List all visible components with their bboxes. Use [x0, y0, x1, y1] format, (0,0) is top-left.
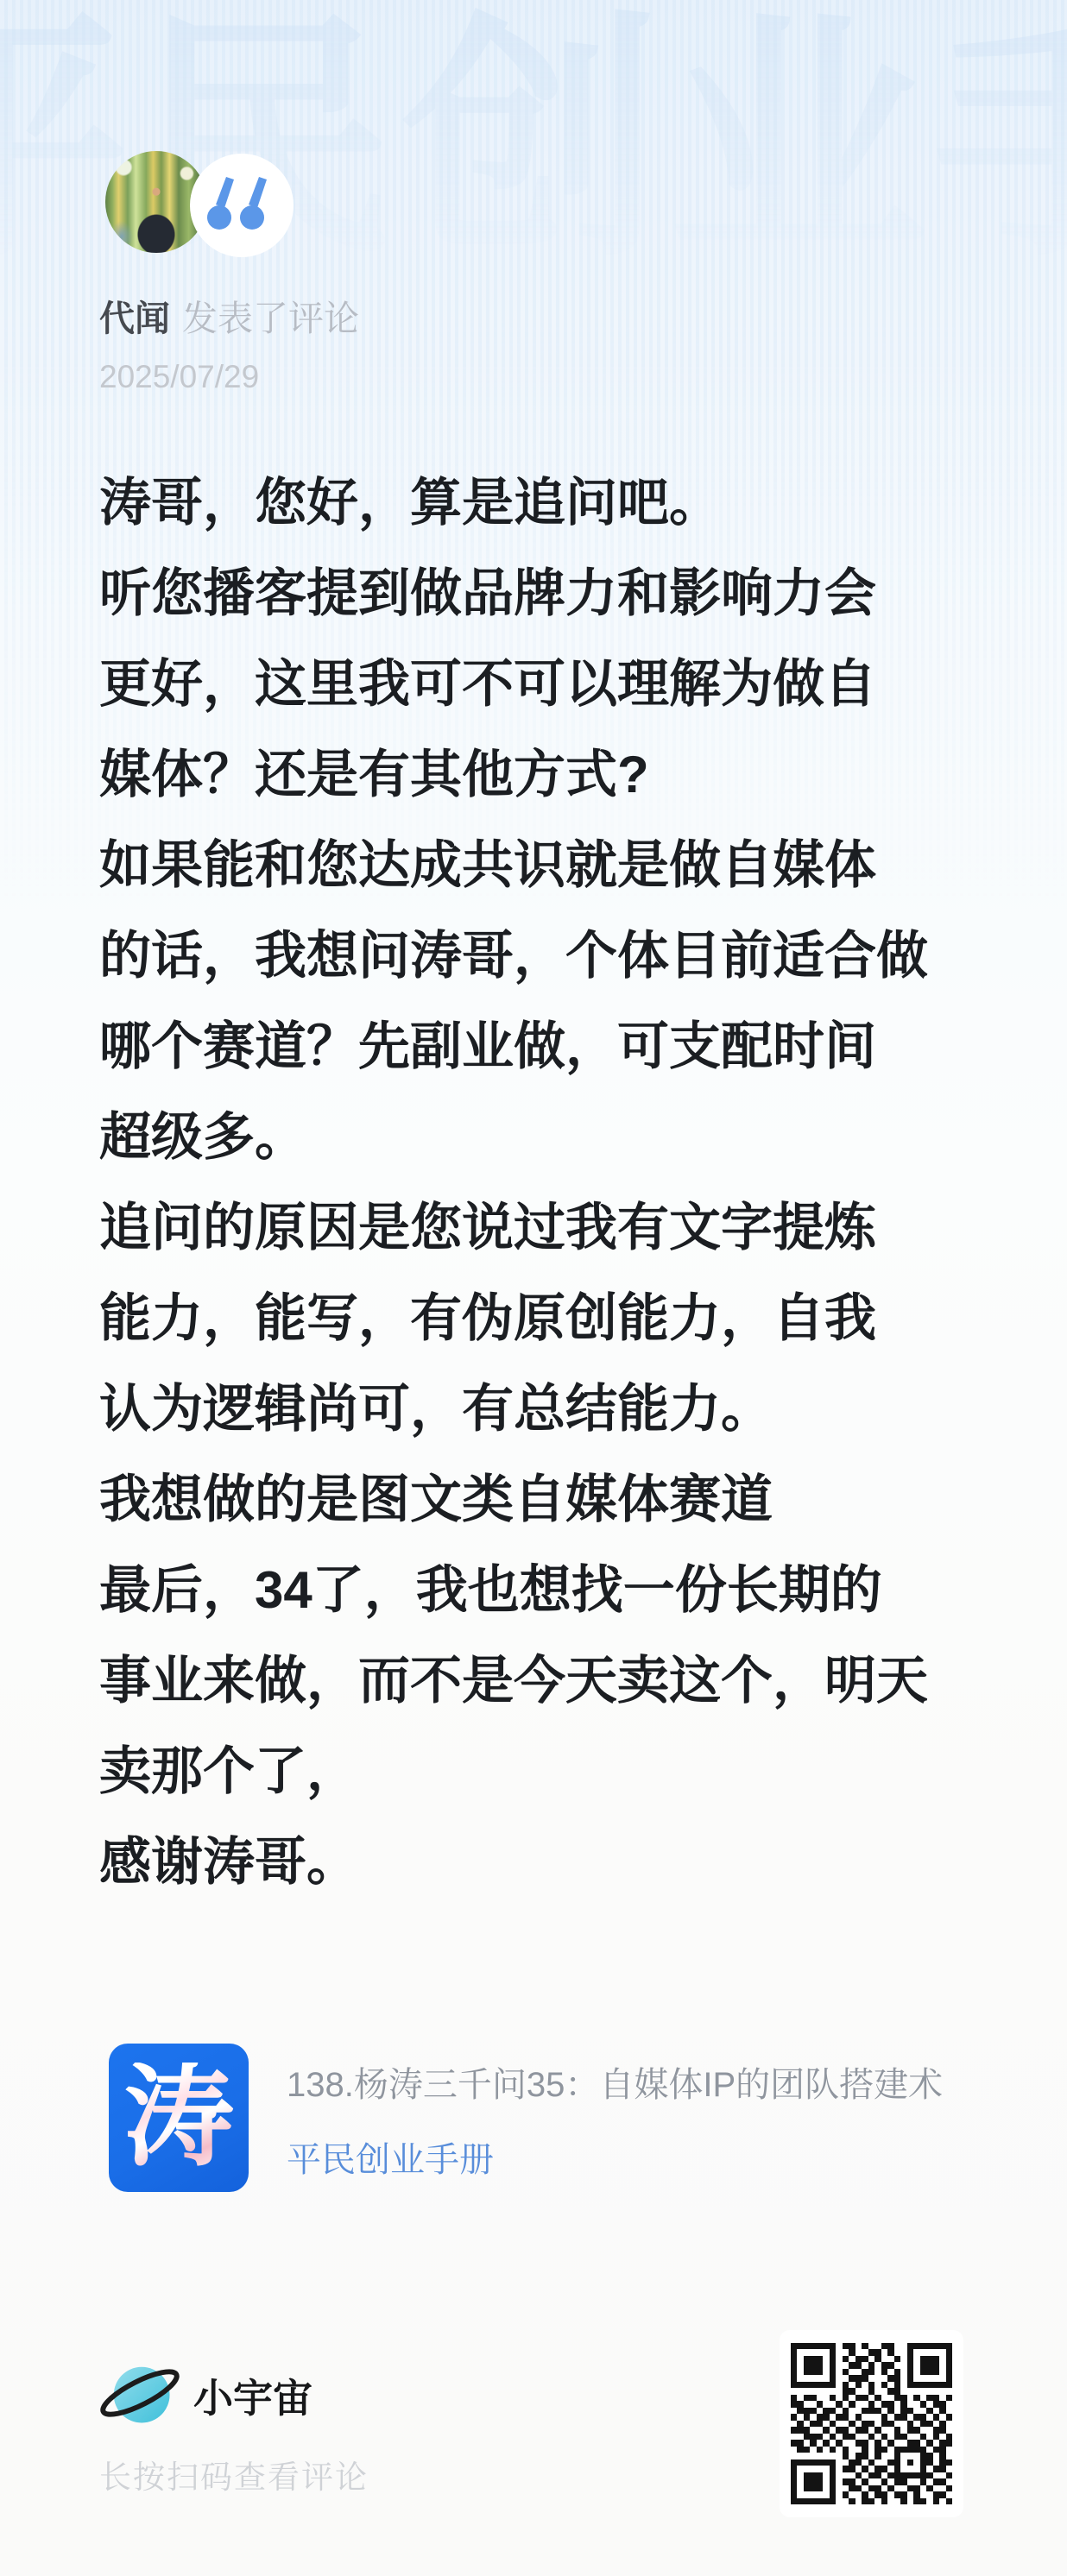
comment-share-card: 平民创业手 代闻发表了评论 2025/07/29 涛哥，您好，算是追问吧。听您播…	[0, 0, 1067, 2576]
podcast-name-link: 平民创业手册	[287, 2132, 943, 2182]
author-name: 代闻	[99, 299, 170, 338]
comment-line: 感谢涛哥。	[99, 1817, 988, 1907]
comment-line: 如果能和您达成共识就是做自媒体	[99, 820, 988, 910]
author-action: 发表了评论	[182, 299, 359, 338]
comment-line: 超级多。	[99, 1092, 988, 1182]
comment-line: 哪个赛道？先副业做，可支配时间	[99, 1001, 988, 1092]
comment-text: 涛哥，您好，算是追问吧。听您播客提到做品牌力和影响力会更好，这里我可不可以理解为…	[99, 457, 988, 1907]
comment-line: 更好，这里我可不可以理解为做自	[99, 639, 988, 729]
comment-line: 听您播客提到做品牌力和影响力会	[99, 548, 988, 639]
episode-cover-glyph: 涛	[123, 2063, 234, 2173]
author-row: 代闻发表了评论	[99, 290, 359, 341]
episode-meta: 138.杨涛三千问35：自媒体IP的团队搭建术 平民创业手册	[287, 2044, 943, 2192]
episode-card[interactable]: 涛 138.杨涛三千问35：自媒体IP的团队搭建术 平民创业手册	[109, 2044, 972, 2192]
comment-line: 能力，能写，有伪原创能力，自我	[99, 1273, 988, 1364]
qr-code	[791, 2343, 953, 2505]
comment-line: 我想做的是图文类自媒体赛道	[99, 1454, 988, 1545]
comment-date: 2025/07/29	[99, 359, 259, 395]
comment-line: 追问的原因是您说过我有文字提炼	[99, 1182, 988, 1273]
comment-line: 涛哥，您好，算是追问吧。	[99, 457, 988, 548]
brand-name: 小宇宙	[193, 2367, 313, 2424]
qr-card	[780, 2330, 963, 2517]
quote-bubble	[190, 154, 294, 257]
scan-caption: 长按扫码查看评论	[99, 2451, 369, 2497]
episode-title: 138.杨涛三千问35：自媒体IP的团队搭建术	[287, 2057, 943, 2107]
episode-cover-art: 涛	[109, 2044, 249, 2192]
double-quote-icon	[205, 176, 278, 236]
comment-line: 的话，我想问涛哥，个体目前适合做	[99, 910, 988, 1001]
brand-row: 小宇宙	[98, 2358, 313, 2433]
comment-line: 卖那个了，	[99, 1726, 988, 1817]
planet-logo-icon	[98, 2358, 181, 2433]
comment-line: 事业来做，而不是今天卖这个，明天	[99, 1635, 988, 1726]
comment-line: 媒体？还是有其他方式?	[99, 729, 988, 820]
comment-line: 最后，34了，我也想找一份长期的	[99, 1545, 988, 1635]
comment-line: 认为逻辑尚可，有总结能力。	[99, 1364, 988, 1454]
